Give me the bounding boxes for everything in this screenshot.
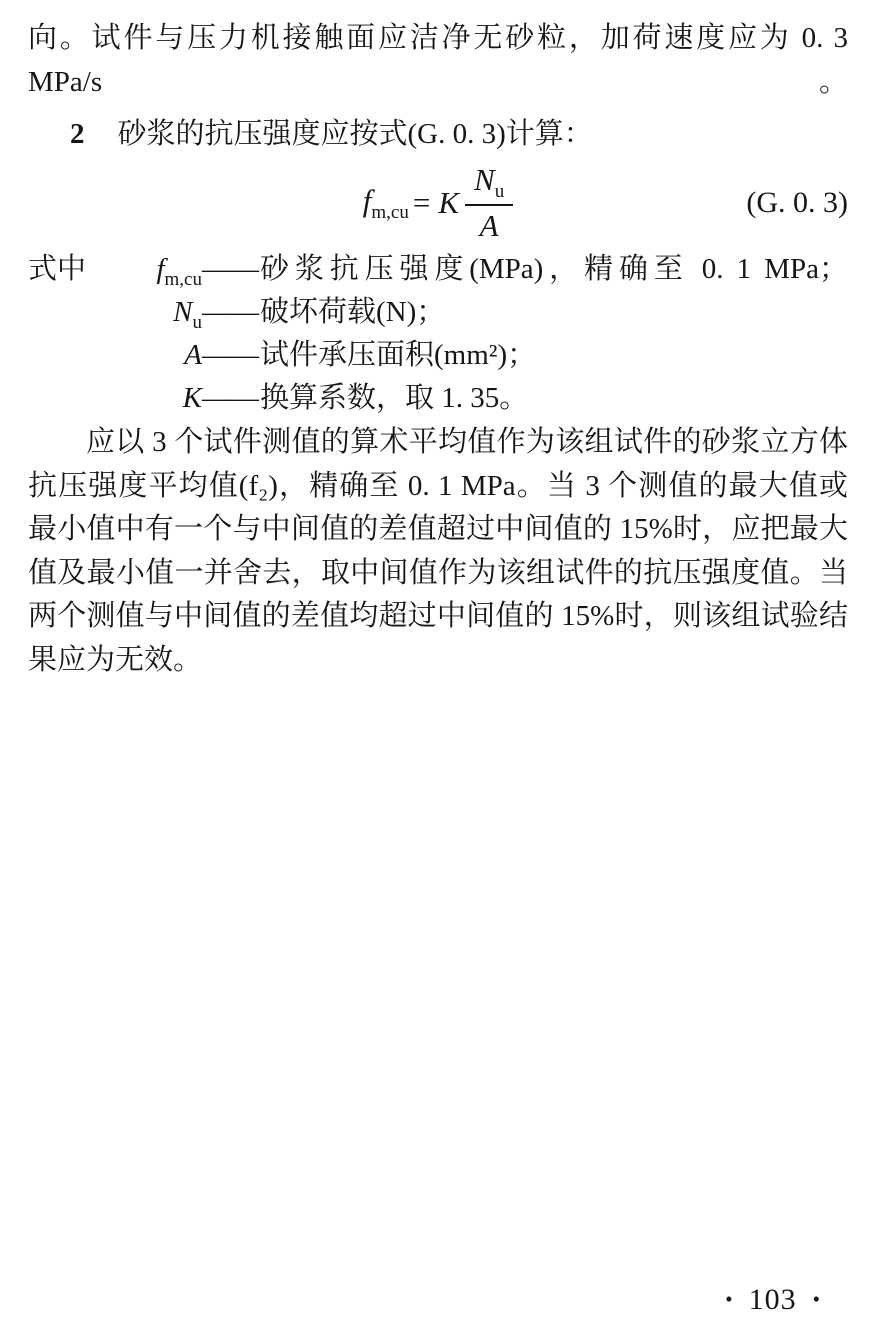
paragraph-line: 果应为无效。 (28, 639, 848, 683)
where-subscript: u (193, 312, 203, 333)
paragraph-line: 抗压强度平均值(f₂)，精确至 0. 1 MPa。当 3 个测值的最大值或 (28, 465, 848, 509)
formula-numerator-symbol: N (474, 162, 495, 197)
em-dash: —— (202, 377, 258, 420)
equals-sign: = (413, 185, 430, 221)
clause-number: 2 (70, 118, 85, 150)
footer-page-number: 103 (749, 1283, 797, 1316)
where-term-a: A (116, 334, 202, 377)
where-definition-fmcu: 砂浆抗压强度(MPa)，精确至 0. 1 MPa； (260, 248, 848, 291)
where-term-k: K (116, 377, 202, 420)
formula-lhs-subscript: m,cu (371, 203, 408, 224)
paragraph-line: 最小值中有一个与中间值的差值超过中间值的 15%时，应把最大 (28, 508, 848, 552)
where-definition-a: 试件承压面积(mm²)； (260, 334, 848, 377)
formula-expression: fm,cu = K Nu A (363, 163, 513, 243)
formula-fraction: Nu A (465, 163, 513, 243)
em-dash: —— (202, 248, 258, 291)
where-term-nu: Nu (116, 291, 202, 334)
formula-numerator-subscript: u (495, 181, 505, 202)
body-paragraph: 应以 3 个试件测值的算术平均值作为该组试件的砂浆立方体 抗压强度平均值(f₂)… (28, 421, 848, 682)
clause-text: 砂浆的抗压强度应按式(G. 0. 3)计算： (118, 118, 593, 150)
where-row-a: A —— 试件承压面积(mm²)； (28, 334, 848, 377)
where-subscript: m,cu (165, 269, 202, 290)
where-symbol: K (183, 382, 202, 414)
clause-2-line: 2砂浆的抗压强度应按式(G. 0. 3)计算： (28, 112, 848, 156)
where-row-fmcu: 式中 fm,cu —— 砂浆抗压强度(MPa)，精确至 0. 1 MPa； (28, 248, 848, 291)
where-symbol: N (173, 296, 192, 328)
page-number: •103• (725, 1283, 820, 1317)
formula-row: fm,cu = K Nu A (G. 0. 3) (28, 160, 848, 246)
paragraph-line: 应以 3 个试件测值的算术平均值作为该组试件的砂浆立方体 (28, 421, 848, 465)
where-term-fmcu: fm,cu (116, 248, 202, 291)
footer-bullet-left: • (725, 1287, 732, 1311)
where-definition-k: 换算系数，取 1. 35。 (260, 377, 848, 420)
formula-lhs: fm,cu (363, 183, 409, 222)
document-page: 向。试件与压力机接触面应洁净无砂粒，加荷速度应为 0. 3 MPa/s。 2砂浆… (0, 0, 874, 1343)
formula-coefficient: K (438, 185, 459, 221)
where-block: 式中 fm,cu —— 砂浆抗压强度(MPa)，精确至 0. 1 MPa； Nu… (28, 248, 848, 420)
where-label: 式中 (28, 248, 116, 291)
where-definition-nu: 破坏荷载(N)； (260, 291, 848, 334)
equation-number: (G. 0. 3) (746, 186, 848, 220)
em-dash: —— (202, 291, 258, 334)
paragraph-line: 值及最小值一并舍去，取中间值作为该组试件的抗压强度值。当 (28, 552, 848, 596)
where-symbol: A (184, 339, 202, 371)
footer-bullet-right: • (813, 1287, 820, 1311)
where-row-nu: Nu —— 破坏荷载(N)； (28, 291, 848, 334)
formula-numerator: Nu (465, 163, 513, 206)
paragraph-line: 两个测值与中间值的差值均超过中间值的 15%时，则该组试验结 (28, 595, 848, 639)
intro-line: 向。试件与压力机接触面应洁净无砂粒，加荷速度应为 0. 3 MPa/s。 (28, 16, 848, 104)
where-symbol: f (156, 253, 164, 285)
where-row-k: K —— 换算系数，取 1. 35。 (28, 377, 848, 420)
em-dash: —— (202, 334, 258, 377)
formula-denominator: A (480, 206, 499, 243)
